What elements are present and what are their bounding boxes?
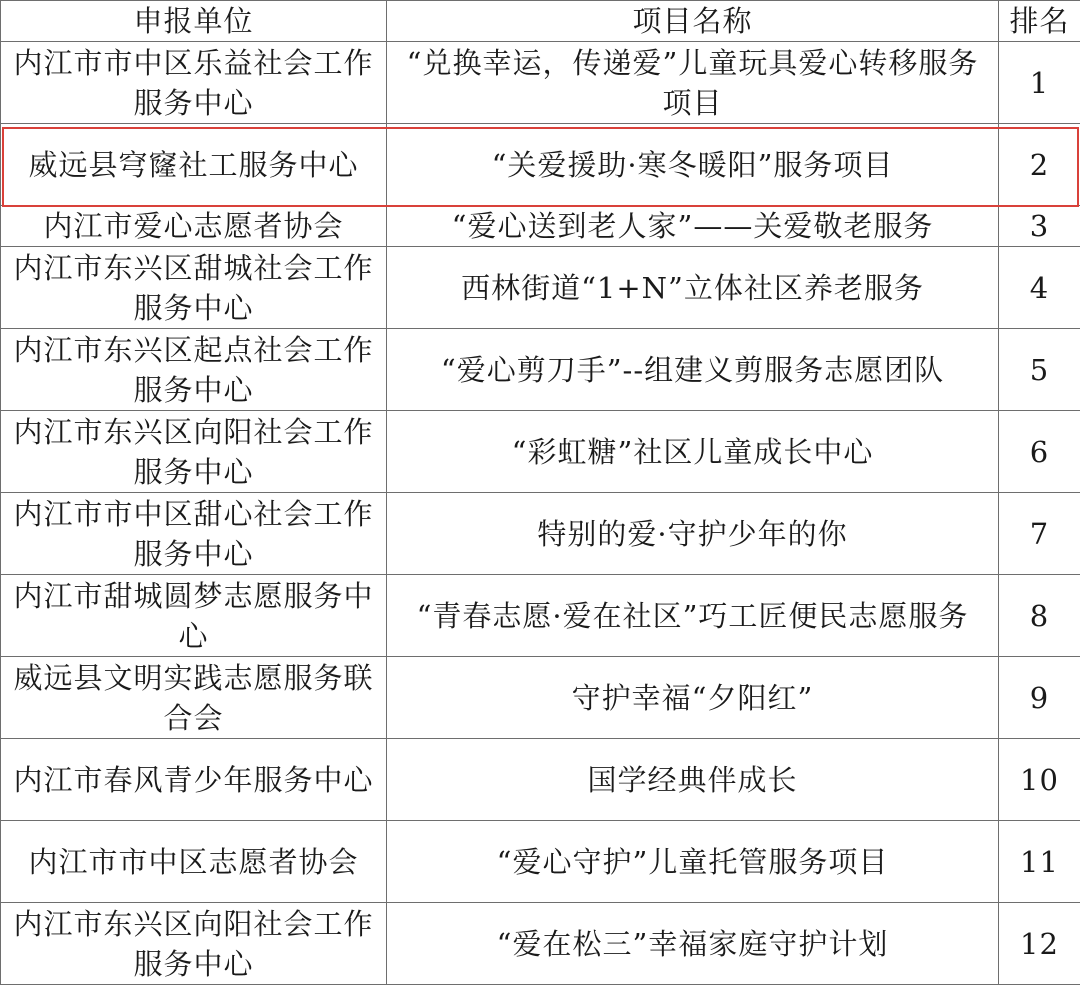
table-row: 内江市甜城圆梦志愿服务中心 “青春志愿·爱在社区”巧工匠便民志愿服务 8 [1,575,1080,657]
cell-rank: 7 [999,493,1080,575]
cell-project: “爱心剪刀手”--组建义剪服务志愿团队 [387,329,999,411]
table-row: 内江市东兴区向阳社会工作服务中心 “彩虹糖”社区儿童成长中心 6 [1,411,1080,493]
cell-project: “关爱援助·寒冬暖阳”服务项目 [387,124,999,206]
cell-unit: 内江市东兴区向阳社会工作服务中心 [1,411,387,493]
cell-unit: 威远县穹窿社工服务中心 [1,124,387,206]
cell-project: “爱在松三”幸福家庭守护计划 [387,903,999,985]
ranking-table: 申报单位 项目名称 排名 内江市市中区乐益社会工作服务中心 “兑换幸运，传递爱”… [0,0,1080,985]
cell-rank: 6 [999,411,1080,493]
cell-unit: 威远县文明实践志愿服务联合会 [1,657,387,739]
cell-project: 守护幸福“夕阳红” [387,657,999,739]
cell-project: “青春志愿·爱在社区”巧工匠便民志愿服务 [387,575,999,657]
cell-rank: 4 [999,247,1080,329]
header-unit: 申报单位 [1,1,387,42]
cell-project: 特别的爱·守护少年的你 [387,493,999,575]
cell-rank: 5 [999,329,1080,411]
table-row: 内江市东兴区起点社会工作服务中心 “爱心剪刀手”--组建义剪服务志愿团队 5 [1,329,1080,411]
cell-unit: 内江市市中区甜心社会工作服务中心 [1,493,387,575]
cell-rank: 11 [999,821,1080,903]
cell-project: “爱心送到老人家”——关爱敬老服务 [387,206,999,247]
cell-unit: 内江市春风青少年服务中心 [1,739,387,821]
cell-unit: 内江市市中区乐益社会工作服务中心 [1,42,387,124]
header-project: 项目名称 [387,1,999,42]
table-row: 内江市市中区志愿者协会 “爱心守护”儿童托管服务项目 11 [1,821,1080,903]
cell-rank: 9 [999,657,1080,739]
cell-project: 西林街道“1+N”立体社区养老服务 [387,247,999,329]
cell-rank: 1 [999,42,1080,124]
table-header-row: 申报单位 项目名称 排名 [1,1,1080,42]
table-row-highlighted: 威远县穹窿社工服务中心 “关爱援助·寒冬暖阳”服务项目 2 [1,124,1080,206]
cell-unit: 内江市东兴区起点社会工作服务中心 [1,329,387,411]
cell-rank: 8 [999,575,1080,657]
cell-project: “兑换幸运，传递爱”儿童玩具爱心转移服务项目 [387,42,999,124]
cell-unit: 内江市甜城圆梦志愿服务中心 [1,575,387,657]
table-row: 内江市春风青少年服务中心 国学经典伴成长 10 [1,739,1080,821]
table-row: 内江市东兴区甜城社会工作服务中心 西林街道“1+N”立体社区养老服务 4 [1,247,1080,329]
cell-project: 国学经典伴成长 [387,739,999,821]
cell-project: “爱心守护”儿童托管服务项目 [387,821,999,903]
table-row: 内江市市中区甜心社会工作服务中心 特别的爱·守护少年的你 7 [1,493,1080,575]
cell-unit: 内江市东兴区甜城社会工作服务中心 [1,247,387,329]
cell-unit: 内江市东兴区向阳社会工作服务中心 [1,903,387,985]
cell-rank: 10 [999,739,1080,821]
table-row: 内江市东兴区向阳社会工作服务中心 “爱在松三”幸福家庭守护计划 12 [1,903,1080,985]
cell-rank: 3 [999,206,1080,247]
cell-rank: 2 [999,124,1080,206]
table-row: 威远县文明实践志愿服务联合会 守护幸福“夕阳红” 9 [1,657,1080,739]
cell-rank: 12 [999,903,1080,985]
cell-project: “彩虹糖”社区儿童成长中心 [387,411,999,493]
header-rank: 排名 [999,1,1080,42]
table-row: 内江市市中区乐益社会工作服务中心 “兑换幸运，传递爱”儿童玩具爱心转移服务项目 … [1,42,1080,124]
cell-unit: 内江市市中区志愿者协会 [1,821,387,903]
cell-unit: 内江市爱心志愿者协会 [1,206,387,247]
table-row: 内江市爱心志愿者协会 “爱心送到老人家”——关爱敬老服务 3 [1,206,1080,247]
